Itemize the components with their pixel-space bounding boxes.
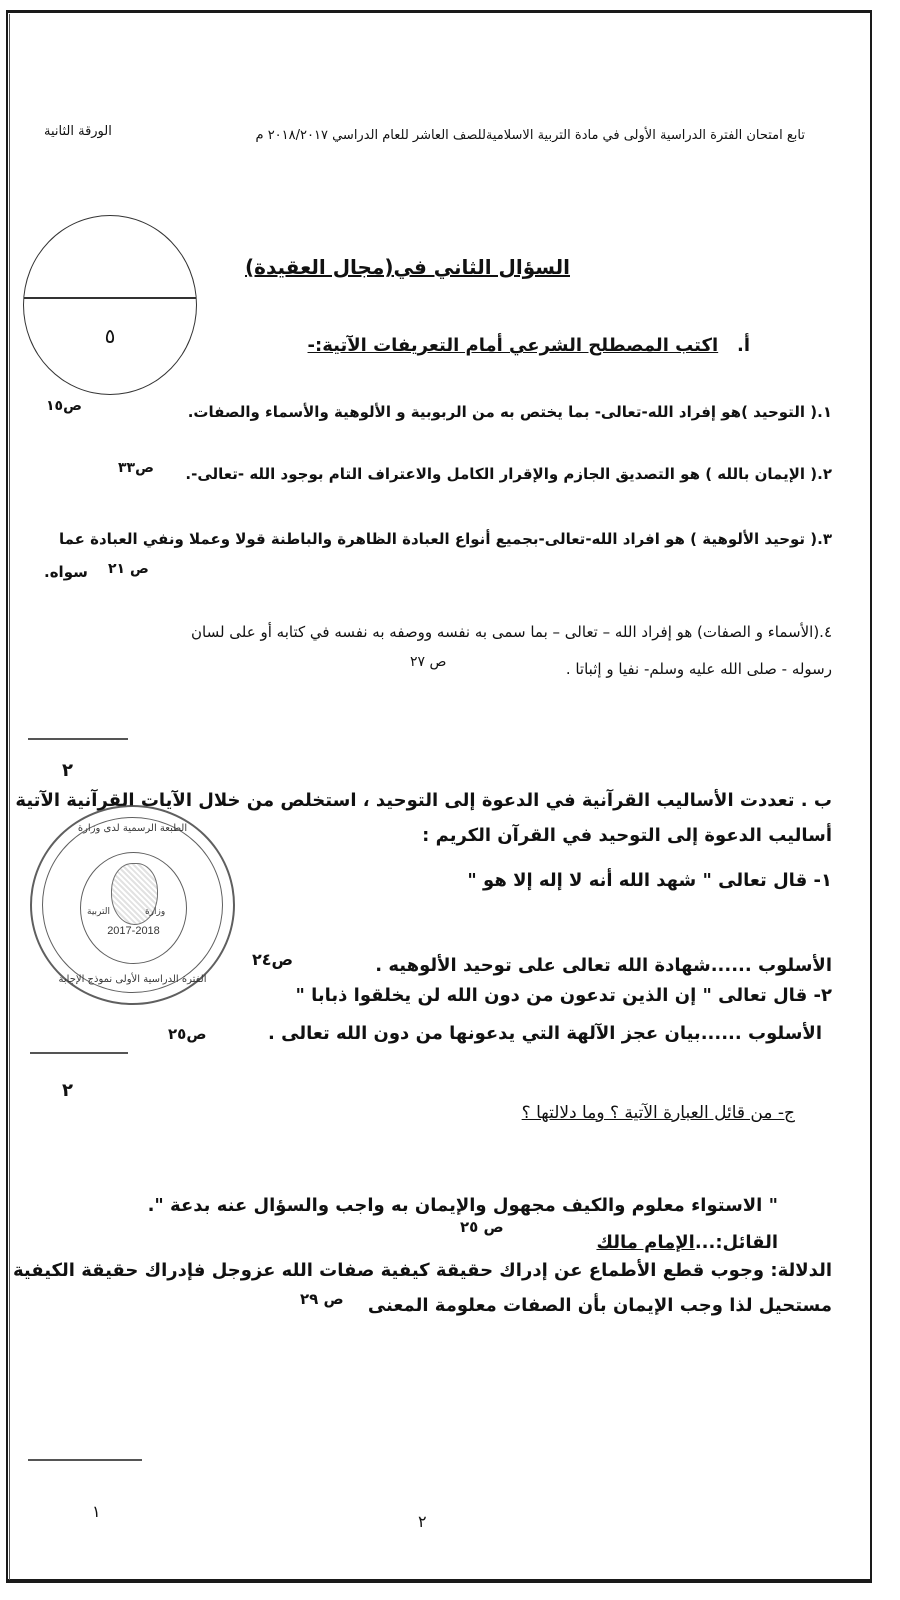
style-answer: شهادة الله تعالى على توحيد الألوهيه . bbox=[375, 955, 710, 976]
section-a-prefix: أ. bbox=[737, 335, 750, 356]
style-item-2-verse: ٢- قال تعالى " إن الذين تدعون من دون الل… bbox=[296, 985, 833, 1006]
page-border-inner bbox=[9, 14, 10, 1580]
item-number: ٤.( bbox=[813, 623, 832, 641]
style-item-1-verse: ١- قال تعالى " شهد الله أنه لا إله إلا ه… bbox=[467, 870, 832, 891]
item-definition: ) هو التصديق الجازم والإقرار الكامل والا… bbox=[185, 465, 712, 483]
page-ref-c2: ص ٢٩ bbox=[300, 1290, 344, 1308]
style-label: الأسلوب ...... bbox=[711, 955, 832, 976]
section-a-heading: أ. اكتب المصطلح الشرعي أمام التعريفات ال… bbox=[308, 335, 750, 356]
section-c-score: ٢ bbox=[62, 1080, 73, 1101]
section-b-score: ٢ bbox=[62, 760, 73, 781]
style-label: الأسلوب ...... bbox=[701, 1023, 822, 1044]
item-definition: ) هو إفراد الله – تعالى – بما سمى به نفس… bbox=[191, 623, 703, 641]
speaker-answer: الإمام مالك bbox=[596, 1232, 694, 1253]
score-divider bbox=[24, 297, 196, 299]
max-score: ٥ bbox=[24, 324, 196, 348]
item-continuation: رسوله - صلى الله عليه وسلم- نفيا و إثبات… bbox=[566, 660, 832, 678]
style-item-2-answer: الأسلوب ......بيان عجز الآلهة التي يدعون… bbox=[268, 1023, 822, 1044]
section-c-meaning-2: مستحيل لذا وجب الإيمان بأن الصفات معلومة… bbox=[368, 1295, 832, 1316]
page-ref-1: ص١٥ bbox=[46, 398, 82, 414]
section-c-speaker: القائل:...الإمام مالك bbox=[596, 1232, 778, 1253]
item-number: ١.( bbox=[810, 403, 832, 421]
item-number: ٣.( bbox=[810, 530, 832, 548]
definition-item-4-continuation: رسوله - صلى الله عليه وسلم- نفيا و إثبات… bbox=[566, 660, 832, 678]
item-term: الأسماء و الصفات bbox=[703, 623, 813, 641]
stamp-ring-text-top: الطبعة الرسمية لدى وزارة bbox=[32, 823, 233, 834]
stamp-right-text: وزارة bbox=[145, 907, 165, 917]
item-number: ٢.( bbox=[810, 465, 832, 483]
margin-line-a bbox=[28, 738, 128, 740]
sheet-label: الورقة الثانية bbox=[44, 124, 112, 139]
definition-item-4: ٤.(الأسماء و الصفات) هو إفراد الله – تعا… bbox=[191, 623, 832, 641]
definition-item-3-continuation: سواه. bbox=[44, 563, 88, 581]
official-stamp: الطبعة الرسمية لدى وزارة 2017-2018 الترب… bbox=[30, 805, 235, 1005]
section-b-intro-2: أساليب الدعوة إلى التوحيد في القرآن الكر… bbox=[422, 825, 832, 846]
stamp-left-text: التربية bbox=[87, 907, 110, 917]
meaning-label: الدلالة: bbox=[770, 1260, 832, 1281]
item-verse: قال تعالى " إن الذين تدعون من دون الله ل… bbox=[296, 985, 808, 1006]
item-definition: ) هو افراد الله-تعالى-بجميع أنواع العباد… bbox=[59, 530, 697, 548]
page-ref-c1: ص ٢٥ bbox=[460, 1218, 504, 1236]
page-ref-3: ص ٢١ bbox=[108, 561, 149, 577]
item-number: ١- bbox=[814, 870, 832, 891]
stamp-year: 2017-2018 bbox=[81, 925, 186, 937]
stamp-ring-text-bottom: الفترة الدراسية الأولى نموذج الإجابة bbox=[32, 974, 233, 985]
item-term: توحيد الألوهية bbox=[697, 530, 810, 548]
section-c-meaning-1: الدلالة: وجوب قطع الأطماع عن إدراك حقيقة… bbox=[13, 1260, 832, 1281]
item-term: الإيمان بالله bbox=[712, 465, 810, 483]
item-term: التوحيد bbox=[748, 403, 810, 421]
margin-line-b bbox=[30, 1052, 128, 1054]
item-verse: قال تعالى " شهد الله أنه لا إله إلا هو " bbox=[467, 870, 807, 891]
margin-line-total bbox=[28, 1459, 142, 1461]
page-ref-2: ص٣٣ bbox=[118, 460, 154, 476]
definition-item-2: ٢.( الإيمان بالله ) هو التصديق الجازم وا… bbox=[185, 465, 832, 483]
meaning-text: وجوب قطع الأطماع عن إدراك حقيقة كيفية صف… bbox=[13, 1260, 764, 1281]
page-ref-b1: ص٢٤ bbox=[252, 950, 293, 969]
total-mark: ١ bbox=[92, 1502, 101, 1521]
section-a-instruction: اكتب المصطلح الشرعي أمام التعريفات الآتي… bbox=[308, 335, 719, 356]
definition-item-3: ٣.( توحيد الألوهية ) هو افراد الله-تعالى… bbox=[59, 530, 832, 548]
section-c-quote: " الاستواء معلوم والكيف مجهول والإيمان ب… bbox=[148, 1195, 778, 1216]
item-number: ٢- bbox=[814, 985, 832, 1006]
style-item-1-answer: الأسلوب ......شهادة الله تعالى على توحيد… bbox=[375, 955, 832, 976]
page-ref-4: ص ٢٧ bbox=[410, 654, 446, 670]
speaker-label: القائل:... bbox=[695, 1232, 778, 1253]
item-continuation: سواه. bbox=[44, 563, 88, 581]
exam-header: تابع امتحان الفترة الدراسية الأولى في ما… bbox=[256, 128, 805, 143]
item-definition: )هو إفراد الله-تعالى- بما يختص به من الر… bbox=[188, 403, 748, 421]
definition-item-1: ١.( التوحيد )هو إفراد الله-تعالى- بما يخ… bbox=[188, 403, 832, 421]
section-c-question: ج- من قائل العبارة الآتية ؟ وما دلالتها … bbox=[522, 1103, 795, 1123]
score-circle: ٥ bbox=[23, 215, 197, 395]
question-title: السؤال الثاني في(مجال العقيدة) bbox=[245, 255, 570, 279]
page-ref-b2: ص٢٥ bbox=[168, 1025, 207, 1043]
page-number: ٢ bbox=[418, 1512, 427, 1531]
style-answer: بيان عجز الآلهة التي يدعونها من دون الله… bbox=[268, 1023, 701, 1044]
